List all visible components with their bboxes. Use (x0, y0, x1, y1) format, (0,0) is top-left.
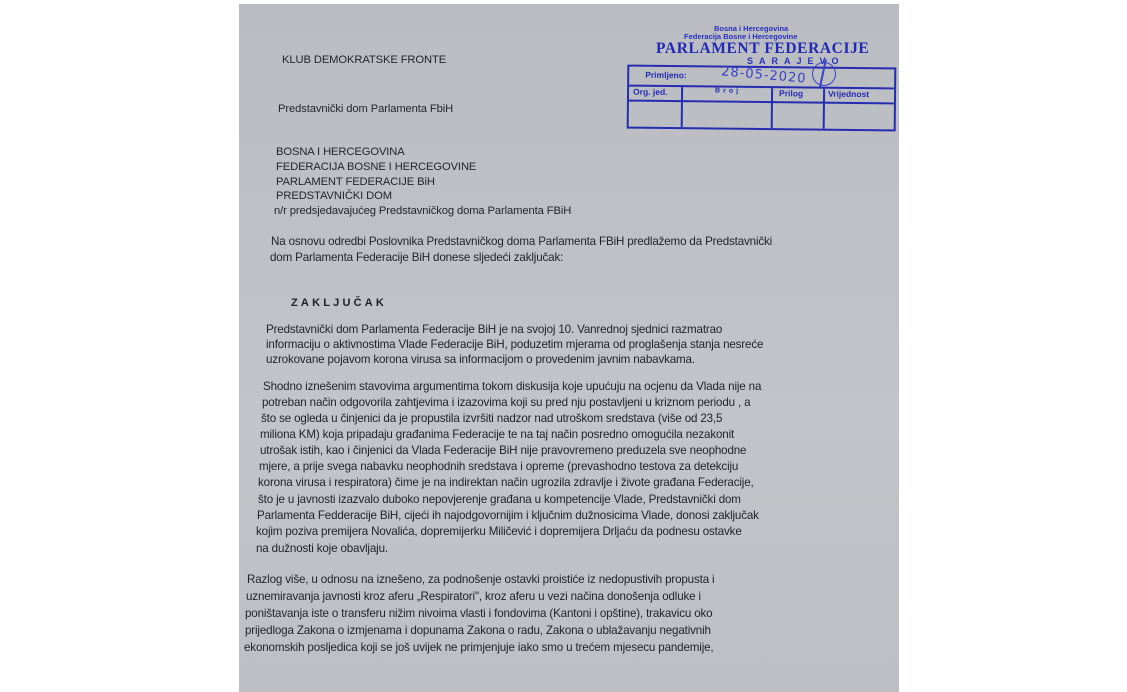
stamp-received-label: Primljeno: (645, 70, 687, 84)
paragraph-line: miliona KM) koja pripadaju građanima Fed… (260, 428, 734, 441)
paragraph-line: na dužnosti koje obavljaju. (256, 542, 388, 555)
paragraph-line: ekonomskih posljedica koji se još uvijek… (244, 641, 714, 654)
paragraph-line: informaciju o aktivnostima Vlade Federac… (266, 338, 763, 351)
stamp-col-divider (681, 87, 683, 127)
sender-name: KLUB DEMOKRATSKE FRONTE (282, 54, 446, 66)
paragraph-line: prijedloga Zakona o izmjenama i dopunama… (245, 624, 711, 637)
signature-mark (812, 62, 836, 86)
stamp-col-org: Org. jed. (633, 87, 668, 101)
conclusion-heading: ZAKLJUČAK (291, 297, 387, 309)
paragraph-line: poništavanja iste o transferu nižim nivo… (245, 607, 712, 620)
stamp-col-vrijednost: Vrijednost (828, 89, 869, 103)
address-line: n/r predsjedavajućeg Predstavničkog doma… (274, 205, 571, 217)
paragraph-line: što je u javnosti izazvalo duboko nepovj… (258, 493, 741, 506)
intro-line: dom Parlamenta Federacije BiH donese slj… (270, 251, 563, 264)
paragraph-line: potreban način odgovorila zahtjevima i i… (262, 396, 750, 409)
address-line: FEDERACIJA BOSNE I HERCEGOVINE (276, 161, 476, 173)
address-line: PREDSTAVNIČKI DOM (276, 190, 392, 202)
paragraph-line: Shodno iznešenim stavovima argumentima t… (263, 380, 761, 393)
stamp-col-prilog: Prilog (779, 88, 803, 102)
stamp-col-broj: Broj (715, 88, 741, 102)
paragraph-line: korona virusa i respiratora) čime je na … (258, 476, 754, 489)
address-line: PARLAMENT FEDERACIJE BiH (276, 176, 435, 188)
paragraph-line: Razlog više, u odnosu na iznešeno, za po… (247, 573, 715, 586)
paragraph-line: što se ogleda u činjenici da je propusti… (261, 412, 722, 425)
paragraph-line: Predstavnički dom Parlamenta Federacije … (266, 323, 722, 336)
paragraph-line: Parlamenta Fedderacije BiH, cijeći ih na… (257, 509, 759, 522)
stamp-col-divider (771, 88, 773, 128)
address-line: BOSNA I HERCEGOVINA (276, 146, 405, 158)
paragraph-line: mjere, a prije svega nabavku neophodnih … (259, 460, 738, 473)
paragraph-line: uznemiravanja javnosti kroz aferu „Respi… (246, 590, 701, 603)
stamp-col-divider (823, 89, 825, 129)
paragraph-line: kojim poziva premijera Novalića, dopremi… (256, 525, 742, 538)
intro-line: Na osnovu odredbi Poslovnika Predstavnič… (271, 235, 772, 248)
paragraph-line: uzrokovane pojavom korona virusa sa info… (266, 353, 695, 366)
paragraph-line: utrošak istih, kao i činjenici da Vlada … (260, 444, 746, 457)
scanned-document-page: Bosna i Hercegovina Federacija Bosne i H… (239, 4, 899, 692)
recipient-short: Predstavnički dom Parlamenta FbiH (278, 103, 453, 115)
